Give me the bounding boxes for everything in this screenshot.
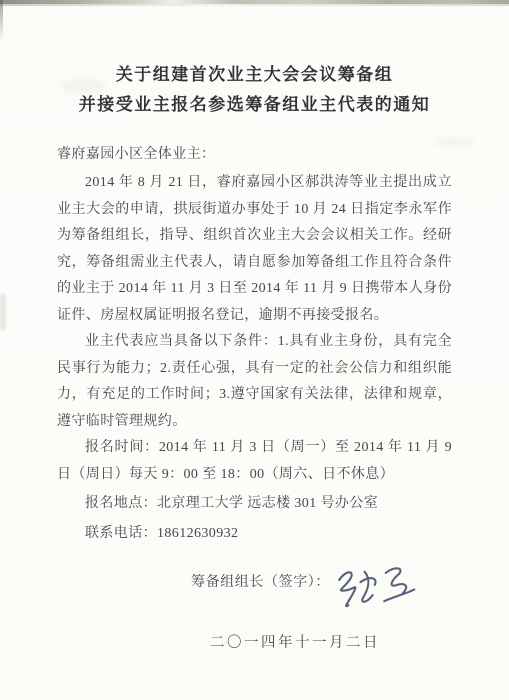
paragraph-registration-location: 报名地点：北京理工大学 远志楼 301 号办公室 (57, 491, 452, 518)
signature-ink-strokes (328, 561, 420, 614)
handwritten-signature: 李永军 (330, 565, 418, 611)
paragraph-contact-phone: 联系电话：18612630932 (57, 521, 452, 548)
paragraph-representative-requirements: 业主代表应当具备以下条件：1.具有业主身份，具有完全民事行为能力；2.责任心强，… (57, 329, 452, 435)
signature-label: 筹备组组长（签字）： (191, 569, 330, 597)
paragraph-registration-time: 报名时间：2014 年 11 月 3 日（周一）至 2014 年 11 月 9 … (57, 435, 452, 488)
notice-document: 关于组建首次业主大会会议筹备组 并接受业主报名参选筹备组业主代表的通知 睿府嘉园… (0, 0, 509, 700)
salutation-line: 睿府嘉园小区全体业主： (57, 144, 452, 166)
scanned-notice-page: 关于组建首次业主大会会议筹备组 并接受业主报名参选筹备组业主代表的通知 睿府嘉园… (0, 0, 509, 700)
notice-title-line1: 关于组建首次业主大会会议筹备组 (57, 60, 452, 90)
notice-title: 关于组建首次业主大会会议筹备组 并接受业主报名参选筹备组业主代表的通知 (57, 60, 452, 120)
paragraph-application-background: 2014 年 8 月 21 日，睿府嘉园小区郝洪涛等业主提出成立业主大会的申请，… (57, 170, 452, 329)
document-date: 二〇一四年十一月二日 (57, 631, 452, 655)
signature-row: 筹备组组长（签字）： 李永军 (57, 569, 452, 611)
notice-title-line2: 并接受业主报名参选筹备组业主代表的通知 (57, 90, 452, 120)
